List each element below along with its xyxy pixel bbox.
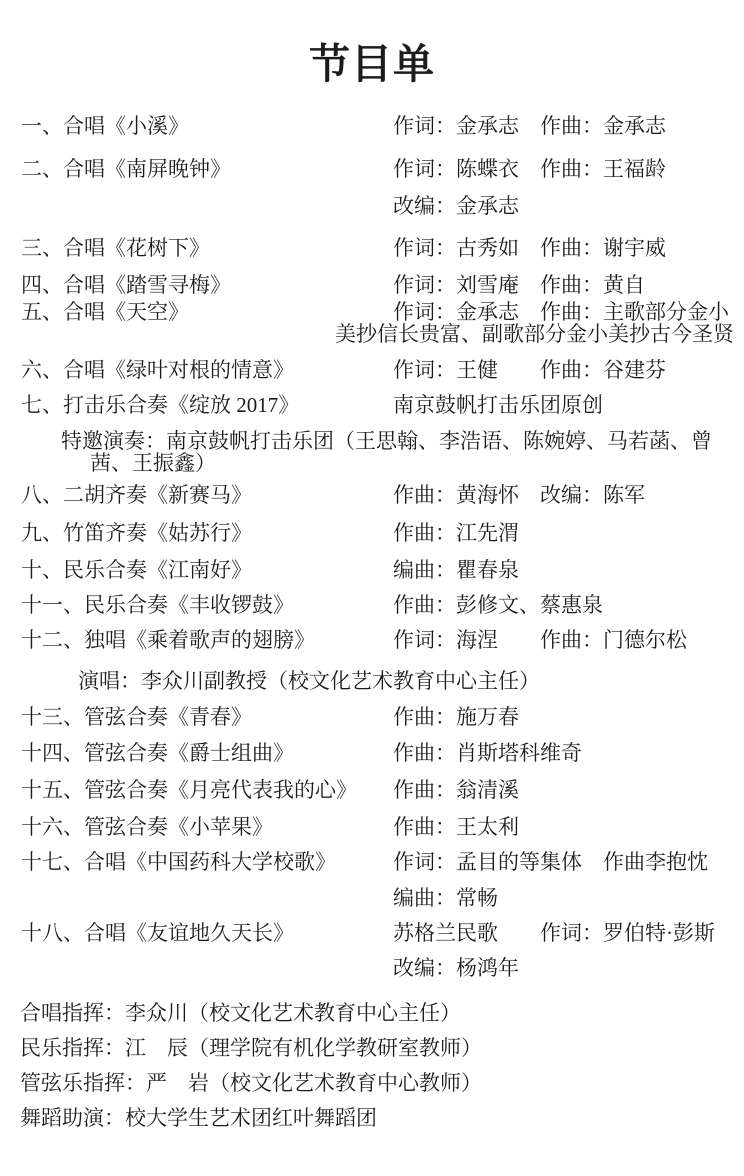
footer-orchestra-conductor: 管弦乐指挥：严 岩（校文化艺术教育中心教师） [20,1070,482,1096]
item-7-guest-note-line-2: 茜、王振鑫） [90,450,216,476]
program-item-15: 十五、管弦合奏《月亮代表我的心》 作曲：翁清溪 [0,777,744,803]
footer-folk-conductor-line: 民乐指挥：江 辰（理学院有机化学教研室教师） [0,1035,744,1061]
page-title: 节目单 [0,40,744,88]
item-8-credit: 作曲：黄海怀 改编：陈军 [393,482,645,508]
footer-chorus-conductor: 合唱指挥：李众川（校文化艺术教育中心主任） [20,1000,461,1026]
item-11-label: 十一、民乐合奏《丰收锣鼓》 [21,592,294,618]
program-item-7-guest-note-2: 茜、王振鑫） [0,450,744,476]
item-17-label: 十七、合唱《中国药科大学校歌》 [21,849,336,875]
program-item-4: 四、合唱《踏雪寻梅》 作词：刘雪庵 作曲：黄自 [0,272,744,298]
item-12-performer-note-text: 演唱：李众川副教授（校文化艺术教育中心主任） [78,668,540,694]
program-item-14: 十四、管弦合奏《爵士组曲》 作曲：肖斯塔科维奇 [0,740,744,766]
item-2-credit: 作词：陈蝶衣 作曲：王福龄 [393,156,666,182]
item-9-label: 九、竹笛齐奏《姑苏行》 [21,520,252,546]
footer-dance-support-line: 舞蹈助演：校大学生艺术团红叶舞蹈团 [0,1105,744,1131]
item-11-credit: 作曲：彭修文、蔡惠泉 [393,592,603,618]
item-16-credit: 作曲：王太利 [393,814,519,840]
program-item-1: 一、合唱《小溪》 作词：金承志 作曲：金承志 [0,113,744,139]
item-9-credit: 作曲：江先渭 [393,520,519,546]
item-5-credit-wrap: 美抄信长贵富、副歌部分金小美抄古今圣贤 [335,321,734,347]
item-14-label: 十四、管弦合奏《爵士组曲》 [21,740,294,766]
item-8-label: 八、二胡齐奏《新赛马》 [21,482,252,508]
program-item-12: 十二、独唱《乘着歌声的翅膀》 作词：海涅 作曲：门德尔松 [0,627,744,653]
item-10-credit: 编曲：瞿春泉 [393,557,519,583]
program-item-5-credit-wrap-line: 美抄信长贵富、副歌部分金小美抄古今圣贤 [0,321,744,347]
program-item-12-performer-note: 演唱：李众川副教授（校文化艺术教育中心主任） [0,668,744,694]
program-item-2-continuation: 改编：金承志 [0,193,744,219]
item-18-credit-continuation: 改编：杨鸿年 [393,955,519,981]
item-18-label: 十八、合唱《友谊地久天长》 [21,920,294,946]
item-12-label: 十二、独唱《乘着歌声的翅膀》 [21,627,315,653]
program-item-6: 六、合唱《绿叶对根的情意》 作词：王健 作曲：谷建芬 [0,357,744,383]
program-item-18-continuation: 改编：杨鸿年 [0,955,744,981]
item-15-label: 十五、管弦合奏《月亮代表我的心》 [21,777,357,803]
item-3-credit: 作词：古秀如 作曲：谢宇威 [393,235,666,261]
item-13-credit: 作曲：施万春 [393,704,519,730]
item-1-label: 一、合唱《小溪》 [21,113,189,139]
program-item-13: 十三、管弦合奏《青春》 作曲：施万春 [0,704,744,730]
item-4-credit: 作词：刘雪庵 作曲：黄自 [393,272,645,298]
program-item-17-continuation: 编曲：常畅 [0,885,744,911]
program-item-9: 九、竹笛齐奏《姑苏行》 作曲：江先渭 [0,520,744,546]
program-item-11: 十一、民乐合奏《丰收锣鼓》 作曲：彭修文、蔡惠泉 [0,592,744,618]
footer-folk-conductor: 民乐指挥：江 辰（理学院有机化学教研室教师） [20,1035,482,1061]
item-18-credit: 苏格兰民歌 作词：罗伯特·彭斯 [393,920,715,946]
item-17-credit: 作词：孟目的等集体 作曲李抱忱 [393,849,708,875]
item-12-credit: 作词：海涅 作曲：门德尔松 [393,627,687,653]
item-2-credit-continuation: 改编：金承志 [393,193,519,219]
item-6-label: 六、合唱《绿叶对根的情意》 [21,357,294,383]
footer-chorus-conductor-line: 合唱指挥：李众川（校文化艺术教育中心主任） [0,1000,744,1026]
item-2-label: 二、合唱《南屏晚钟》 [21,156,231,182]
footer-dance-support: 舞蹈助演：校大学生艺术团红叶舞蹈团 [20,1105,377,1131]
item-16-label: 十六、管弦合奏《小苹果》 [21,814,273,840]
item-13-label: 十三、管弦合奏《青春》 [21,704,252,730]
item-4-label: 四、合唱《踏雪寻梅》 [21,272,231,298]
program-item-3: 三、合唱《花树下》 作词：古秀如 作曲：谢宇威 [0,235,744,261]
item-3-label: 三、合唱《花树下》 [21,235,210,261]
program-item-7: 七、打击乐合奏《绽放 2017》 南京鼓帆打击乐团原创 [0,392,744,418]
item-15-credit: 作曲：翁清溪 [393,777,519,803]
program-item-18: 十八、合唱《友谊地久天长》 苏格兰民歌 作词：罗伯特·彭斯 [0,920,744,946]
program-item-2: 二、合唱《南屏晚钟》 作词：陈蝶衣 作曲：王福龄 [0,156,744,182]
item-6-credit: 作词：王健 作曲：谷建芬 [393,357,666,383]
footer-orchestra-conductor-line: 管弦乐指挥：严 岩（校文化艺术教育中心教师） [0,1070,744,1096]
program-page: 节目单 一、合唱《小溪》 作词：金承志 作曲：金承志 二、合唱《南屏晚钟》 作词… [0,0,744,1176]
program-item-10: 十、民乐合奏《江南好》 编曲：瞿春泉 [0,557,744,583]
item-14-credit: 作曲：肖斯塔科维奇 [393,740,582,766]
program-item-8: 八、二胡齐奏《新赛马》 作曲：黄海怀 改编：陈军 [0,482,744,508]
item-1-credit: 作词：金承志 作曲：金承志 [393,113,666,139]
program-item-16: 十六、管弦合奏《小苹果》 作曲：王太利 [0,814,744,840]
item-7-credit: 南京鼓帆打击乐团原创 [393,392,603,418]
program-item-17: 十七、合唱《中国药科大学校歌》 作词：孟目的等集体 作曲李抱忱 [0,849,744,875]
item-17-credit-continuation: 编曲：常畅 [393,885,498,911]
item-10-label: 十、民乐合奏《江南好》 [21,557,252,583]
item-7-label: 七、打击乐合奏《绽放 2017》 [21,392,299,418]
